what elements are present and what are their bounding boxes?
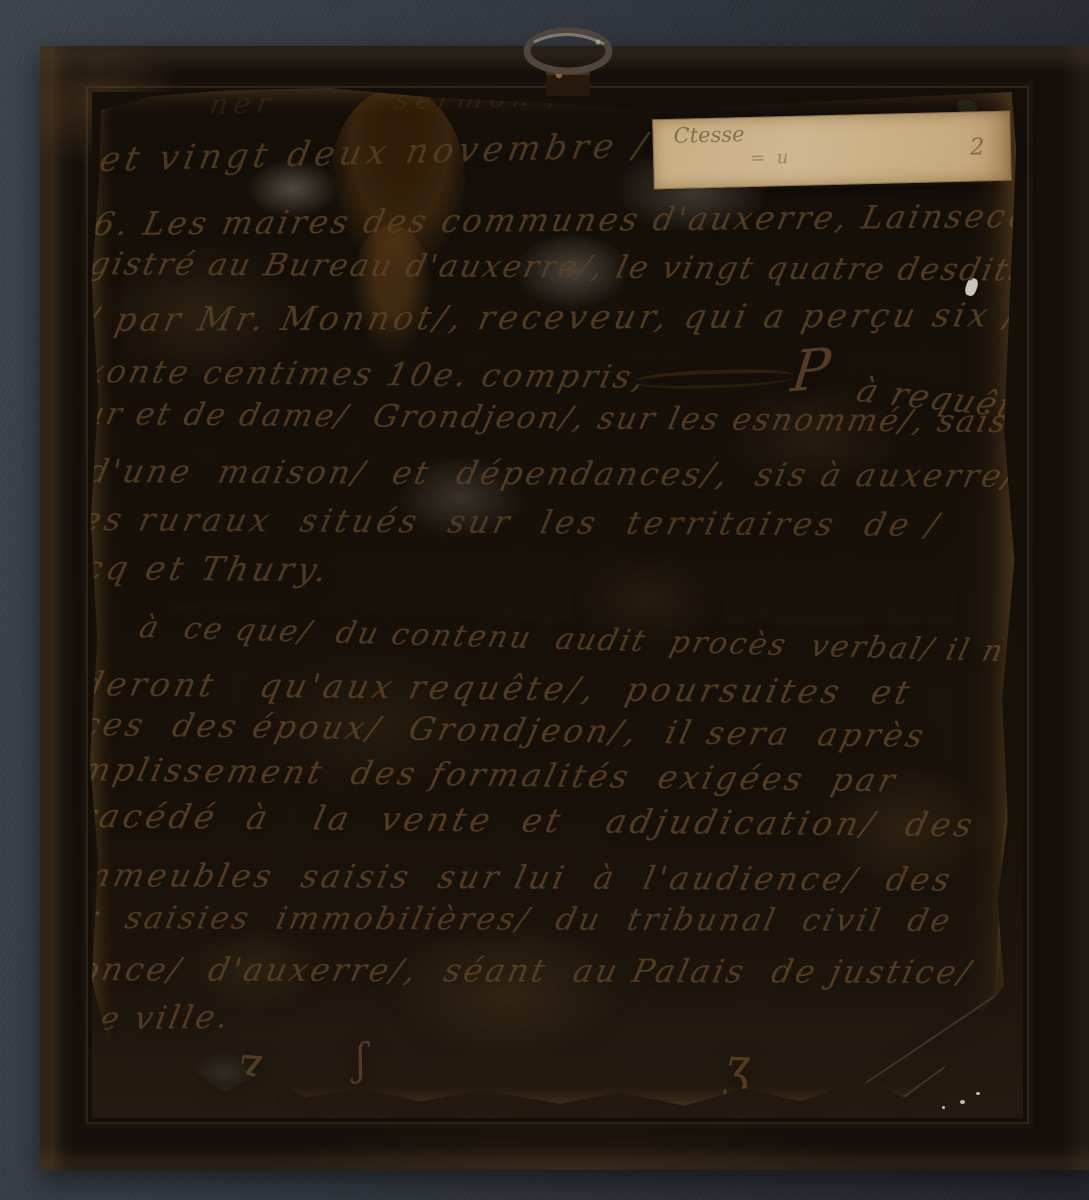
- manuscript-paper: Ctesse = u 2 ner sermon ∕et vingt deux n…: [88, 86, 1019, 1114]
- paper-layer: Ctesse = u 2 ner sermon ∕et vingt deux n…: [0, 0, 1089, 1200]
- paper-edge-shading: [88, 86, 1019, 1114]
- framed-manuscript-photo: Ctesse = u 2 ner sermon ∕et vingt deux n…: [0, 0, 1089, 1200]
- paper-surface: Ctesse = u 2 ner sermon ∕et vingt deux n…: [0, 0, 1089, 1200]
